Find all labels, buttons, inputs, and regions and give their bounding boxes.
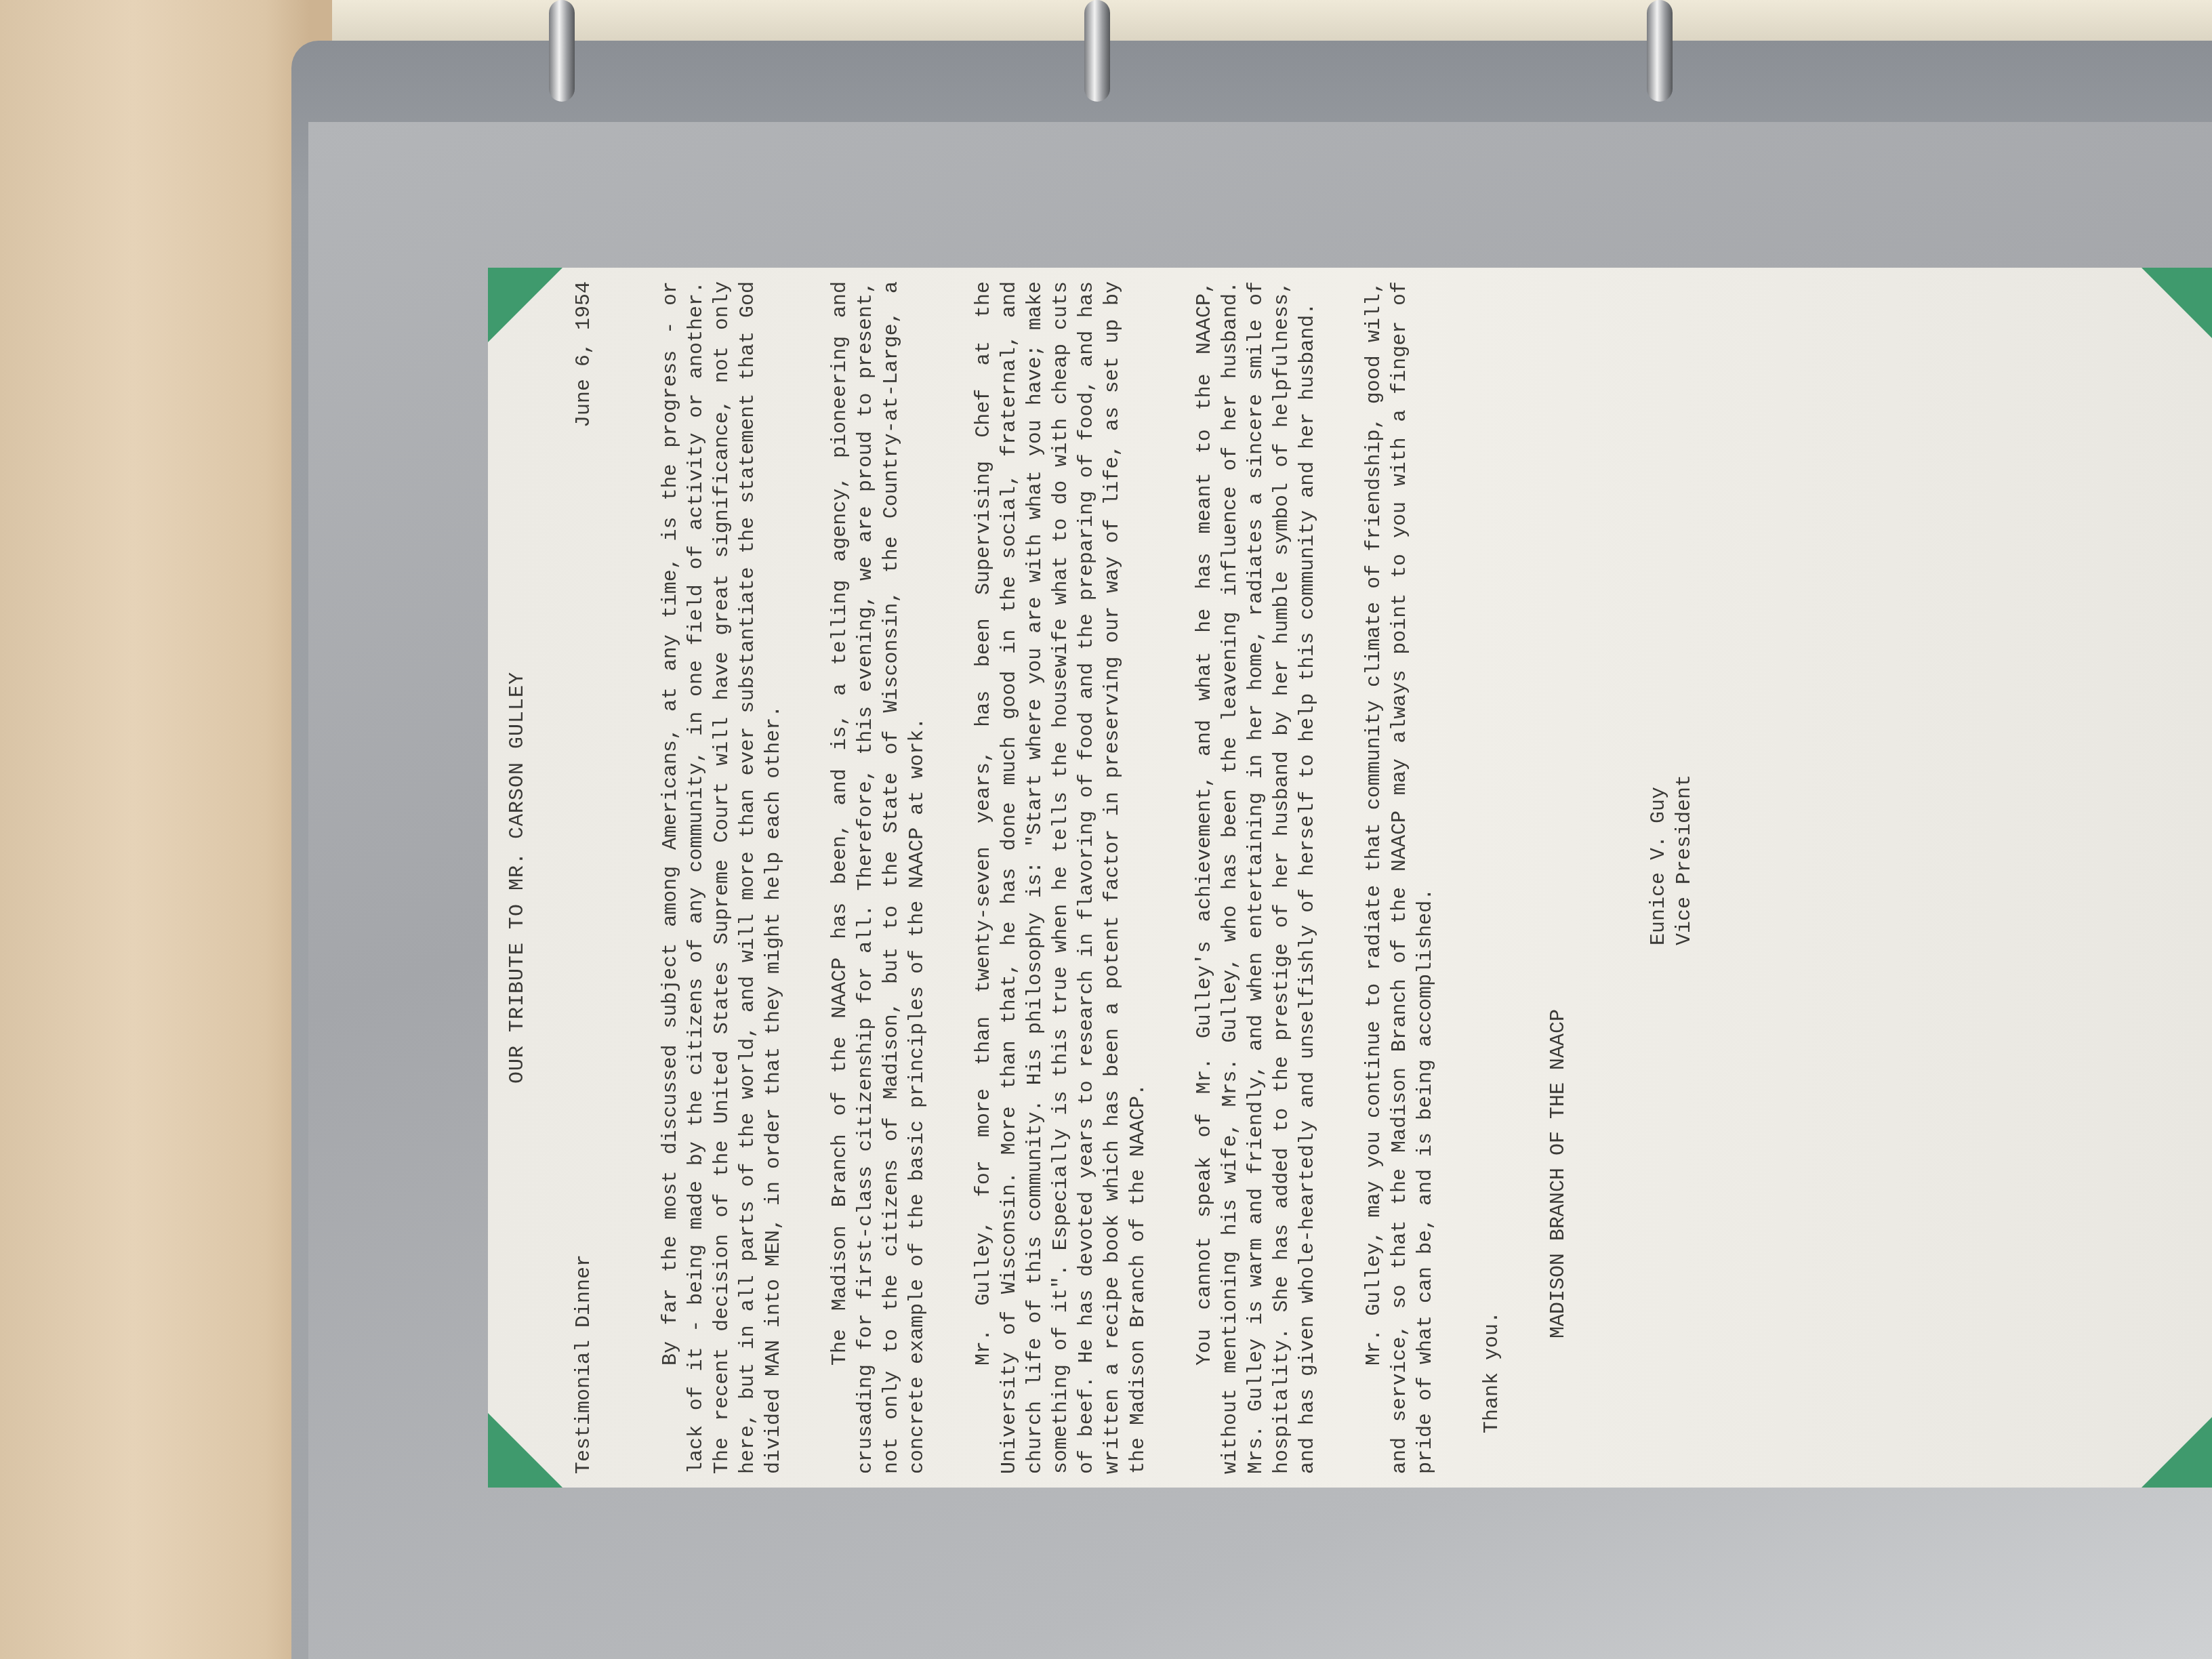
paragraph: By far the most discussed subject among … bbox=[658, 281, 787, 1474]
binder-ring bbox=[1647, 0, 1673, 102]
binder-ring bbox=[1084, 0, 1110, 102]
signer-title: Vice President bbox=[1672, 281, 1698, 945]
paragraph: You cannot speak of Mr. Gulley's achieve… bbox=[1192, 281, 1321, 1474]
document-title: OUR TRIBUTE TO MR. CARSON GULLEY bbox=[505, 281, 531, 1474]
event-name: Testimonial Dinner bbox=[571, 1254, 597, 1474]
paragraph: Mr. Gulley, for more than twenty-seven y… bbox=[971, 281, 1151, 1474]
document-date: June 6, 1954 bbox=[571, 281, 597, 428]
paragraph: The Madison Branch of the NAACP has been… bbox=[827, 281, 930, 1474]
letter-text: OUR TRIBUTE TO MR. CARSON GULLEY Testimo… bbox=[505, 281, 2199, 1474]
document-page: OUR TRIBUTE TO MR. CARSON GULLEY Testimo… bbox=[488, 268, 2212, 1488]
organization-name: MADISON BRANCH OF THE NAACP bbox=[1546, 281, 1572, 1338]
closing: Thank you. bbox=[1479, 281, 1505, 1433]
binder-ring bbox=[549, 0, 575, 102]
signer-name: Eunice V. Guy bbox=[1646, 281, 1672, 945]
paragraph: Mr. Gulley, may you continue to radiate … bbox=[1361, 281, 1439, 1474]
